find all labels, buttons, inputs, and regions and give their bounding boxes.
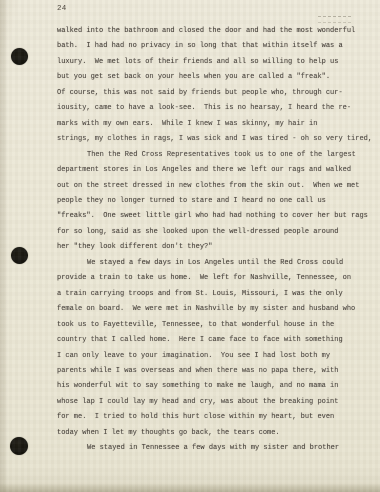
typed-line-06: iousity, came to have a look-see. This i… [57,101,373,116]
page-left-edge-shadow [0,0,8,492]
hole-punch-mark-bottom [10,437,28,455]
typed-line-10: department stores in Los Angeles and the… [57,163,373,178]
typed-line-22: I can only leave to your imagination. Yo… [57,349,373,364]
typed-line-21: country that I called home. Here I came … [57,333,373,348]
typed-line-08: strings, my clothes in rags, I was sick … [57,132,373,147]
typed-line-02: bath. I had had no privacy in so long th… [57,39,373,54]
typed-line-17: provide a train to take us home. We left… [57,271,373,286]
page-bottom-edge-shadow [0,484,380,492]
typed-line-07: marks with my own ears. While I knew I w… [57,117,373,132]
typed-line-09-paragraph-start: Then the Red Cross Representatives took … [57,148,373,163]
typed-line-12: people they no longer turned to stare an… [57,194,373,209]
scanned-typewritten-page: 24 walked into the bathroom and closed t… [0,0,380,492]
typed-line-19: female on board. We were met in Nashvill… [57,302,373,317]
page-number: 24 [57,4,67,14]
typed-line-05: Of course, this was not said by friends … [57,86,373,101]
typed-line-14: for so long, said as she looked upon the… [57,225,373,240]
typed-line-01: walked into the bathroom and closed the … [57,24,373,39]
typed-text-block: walked into the bathroom and closed the … [57,24,373,457]
faint-pencil-mark [318,16,351,23]
typed-line-25: whose lap I could lay my head and cry, w… [57,395,373,410]
typed-line-11: out on the street dressed in new clothes… [57,179,373,194]
typed-line-16-paragraph-start: We stayed a few days in Los Angeles unti… [57,256,373,271]
typed-line-18: a train carrying troops and from St. Lou… [57,287,373,302]
typed-line-27: today when I let my thoughts go back, th… [57,426,373,441]
typed-line-24: his wonderful wit to say something to ma… [57,379,373,394]
typed-line-26: for me. I tried to hold this hurt close … [57,410,373,425]
typed-line-15: her "they look different don't they?" [57,240,373,255]
typed-line-23: parents while I was overseas and when th… [57,364,373,379]
typed-line-04: but you get set back on your heels when … [57,70,373,85]
typed-line-28-paragraph-start: We stayed in Tennessee a few days with m… [57,441,373,456]
typed-line-20: took us to Fayetteville, Tennessee, to t… [57,318,373,333]
typed-line-03: luxury. We met lots of their friends and… [57,55,373,70]
hole-punch-mark-middle [11,247,28,264]
typed-line-13: "freaks". One sweet little girl who had … [57,209,373,224]
hole-punch-mark-top [11,48,28,65]
